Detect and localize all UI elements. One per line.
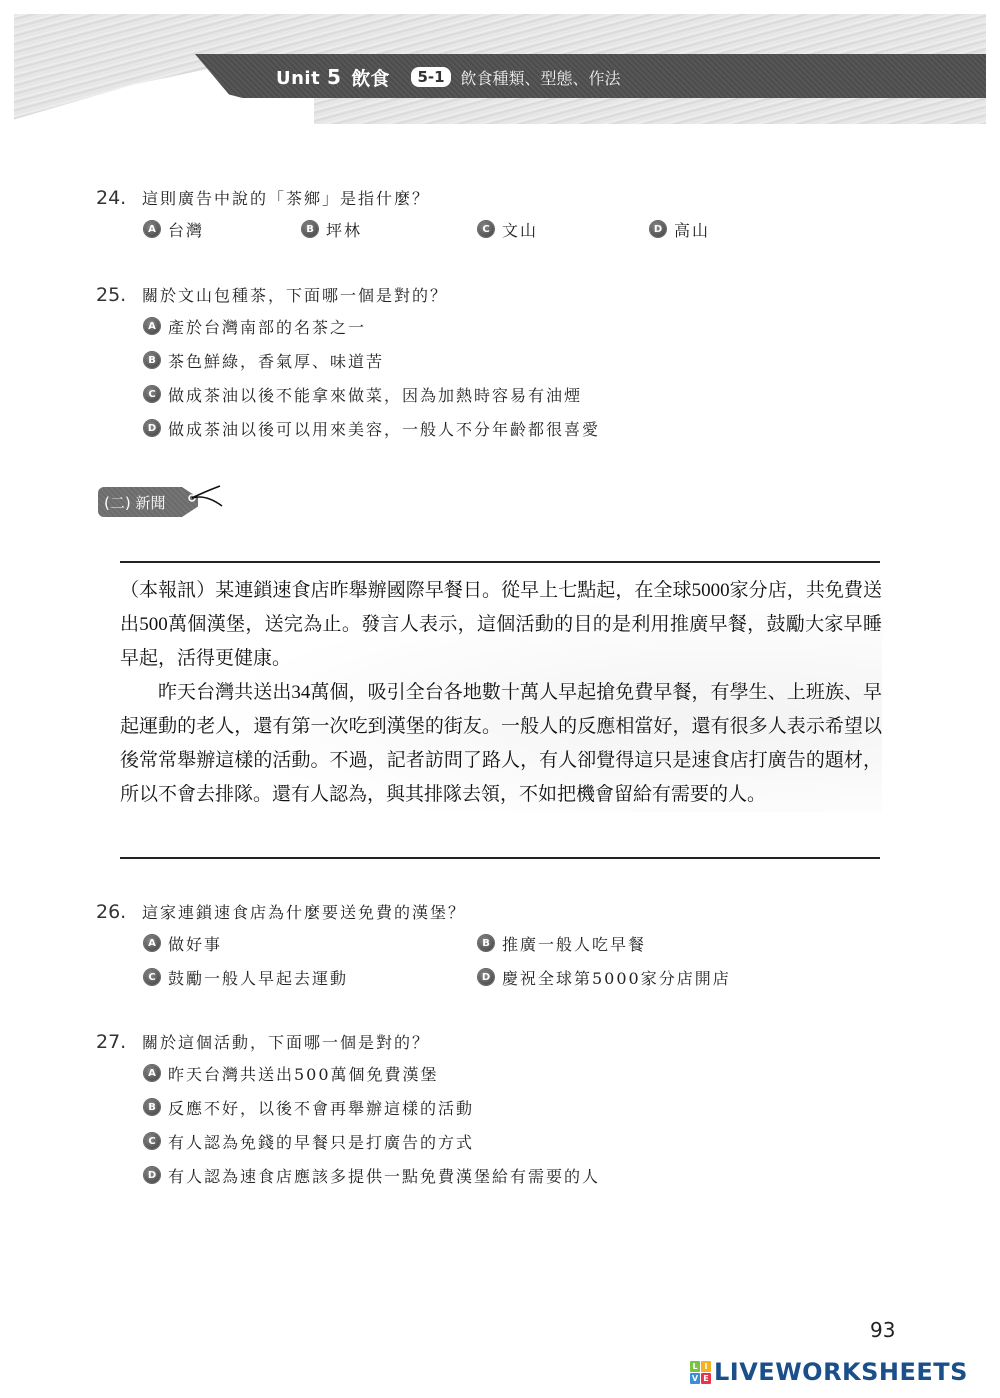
- page-number: 93: [870, 1318, 895, 1342]
- option-d[interactable]: D 做成茶油以後可以用來美容，一般人不分年齡都很喜愛: [144, 411, 600, 445]
- option-b[interactable]: B 坪林: [302, 212, 478, 246]
- option-letter-badge-icon: A: [144, 318, 160, 334]
- question-number: 27.: [96, 1031, 142, 1053]
- option-text: 有人認為速食店應該多提供一點免費漢堡給有需要的人: [168, 1164, 600, 1187]
- option-text: 坪林: [326, 218, 362, 241]
- option-d[interactable]: D 高山: [650, 212, 710, 246]
- option-text: 做成茶油以後不能拿來做菜，因為加熱時容易有油煙: [168, 383, 582, 406]
- live-blocks-icon: L I V E: [690, 1361, 711, 1384]
- option-c[interactable]: C 文山: [478, 212, 650, 246]
- option-letter-badge-icon: B: [302, 221, 318, 237]
- option-b[interactable]: B 反應不好，以後不會再舉辦這樣的活動: [144, 1090, 600, 1124]
- option-letter-badge-icon: D: [144, 1167, 160, 1183]
- option-letter-badge-icon: B: [144, 352, 160, 368]
- option-text: 反應不好，以後不會再舉辦這樣的活動: [168, 1096, 474, 1119]
- option-letter-badge-icon: A: [144, 1065, 160, 1081]
- tag-string-icon: [186, 484, 226, 510]
- option-letter-badge-icon: A: [144, 935, 160, 951]
- option-text: 昨天台灣共送出500萬個免費漢堡: [168, 1062, 439, 1085]
- question-number: 26.: [96, 901, 142, 923]
- option-letter-badge-icon: C: [478, 221, 494, 237]
- option-d[interactable]: D 有人認為速食店應該多提供一點免費漢堡給有需要的人: [144, 1158, 600, 1192]
- news-bottom-rule: [120, 857, 880, 859]
- option-b[interactable]: B 推廣一般人吃早餐: [478, 926, 812, 960]
- option-text: 慶祝全球第5000家分店開店: [502, 966, 731, 989]
- option-text: 台灣: [168, 218, 204, 241]
- page-header: Unit 5 飲食 5-1 飲食種類、型態、作法: [276, 60, 621, 94]
- option-text: 文山: [502, 218, 538, 241]
- section-tag-label: (二) 新聞: [104, 492, 165, 513]
- option-letter-badge-icon: C: [144, 969, 160, 985]
- liveworksheets-logo[interactable]: L I V E LIVEWORKSHEETS: [690, 1358, 968, 1386]
- option-c[interactable]: C 鼓勵一般人早起去運動: [144, 960, 478, 994]
- lesson-badge: 5-1: [411, 67, 450, 87]
- news-paragraph-2: 昨天台灣共送出34萬個，吸引全台各地數十萬人早起搶免費早餐，有學生、上班族、早起…: [120, 676, 882, 812]
- option-text: 高山: [674, 218, 710, 241]
- option-letter-badge-icon: C: [144, 1133, 160, 1149]
- question-text: 關於文山包種茶，下面哪一個是對的？: [142, 283, 448, 306]
- option-text: 鼓勵一般人早起去運動: [168, 966, 348, 989]
- option-letter-badge-icon: A: [144, 221, 160, 237]
- question-25: 25. 關於文山包種茶，下面哪一個是對的？ A 產於台灣南部的名茶之一 B 茶色…: [96, 283, 600, 445]
- logo-block-i: I: [701, 1361, 711, 1372]
- option-text: 產於台灣南部的名茶之一: [168, 315, 366, 338]
- question-text: 這家連鎖速食店為什麼要送免費的漢堡？: [142, 900, 466, 923]
- question-number: 24.: [96, 187, 142, 209]
- option-text: 茶色鮮綠，香氣厚、味道苦: [168, 349, 384, 372]
- question-text: 這則廣告中說的「茶鄉」是指什麼？: [142, 186, 430, 209]
- option-text: 有人認為免錢的早餐只是打廣告的方式: [168, 1130, 474, 1153]
- option-text: 做好事: [168, 932, 222, 955]
- question-24: 24. 這則廣告中說的「茶鄉」是指什麼？ A 台灣 B 坪林 C 文山 D 高山: [96, 186, 710, 246]
- option-letter-badge-icon: B: [144, 1099, 160, 1115]
- news-paragraph-1: （本報訊）某連鎖速食店昨舉辦國際早餐日。從早上七點起，在全球5000家分店，共免…: [120, 574, 882, 676]
- option-a[interactable]: A 台灣: [144, 212, 302, 246]
- option-letter-badge-icon: B: [478, 935, 494, 951]
- news-top-rule: [120, 561, 880, 563]
- option-letter-badge-icon: C: [144, 386, 160, 402]
- unit-label-text: Unit: [276, 68, 320, 89]
- news-article: （本報訊）某連鎖速食店昨舉辦國際早餐日。從早上七點起，在全球5000家分店，共免…: [120, 574, 882, 812]
- question-number: 25.: [96, 284, 142, 306]
- option-c[interactable]: C 有人認為免錢的早餐只是打廣告的方式: [144, 1124, 600, 1158]
- option-letter-badge-icon: D: [144, 420, 160, 436]
- logo-block-v: V: [690, 1373, 700, 1384]
- logo-block-e: E: [701, 1373, 711, 1384]
- option-a[interactable]: A 做好事: [144, 926, 478, 960]
- option-d[interactable]: D 慶祝全球第5000家分店開店: [478, 960, 812, 994]
- lesson-title: 飲食種類、型態、作法: [461, 66, 621, 89]
- option-letter-badge-icon: D: [478, 969, 494, 985]
- logo-block-l: L: [690, 1361, 700, 1372]
- section-tag-news: (二) 新聞: [98, 487, 198, 517]
- logo-text: LIVEWORKSHEETS: [714, 1358, 968, 1386]
- unit-number: 5: [327, 65, 341, 89]
- unit-label: Unit 5: [276, 65, 341, 89]
- unit-title: 飲食: [351, 64, 389, 91]
- option-c[interactable]: C 做成茶油以後不能拿來做菜，因為加熱時容易有油煙: [144, 377, 600, 411]
- option-a[interactable]: A 昨天台灣共送出500萬個免費漢堡: [144, 1056, 600, 1090]
- option-b[interactable]: B 茶色鮮綠，香氣厚、味道苦: [144, 343, 600, 377]
- option-text: 做成茶油以後可以用來美容，一般人不分年齡都很喜愛: [168, 417, 600, 440]
- question-27: 27. 關於這個活動，下面哪一個是對的？ A 昨天台灣共送出500萬個免費漢堡 …: [96, 1030, 600, 1192]
- question-26: 26. 這家連鎖速食店為什麼要送免費的漢堡？ A 做好事 B 推廣一般人吃早餐 …: [96, 900, 812, 994]
- question-text: 關於這個活動，下面哪一個是對的？: [142, 1030, 430, 1053]
- option-a[interactable]: A 產於台灣南部的名茶之一: [144, 309, 600, 343]
- option-letter-badge-icon: D: [650, 221, 666, 237]
- option-text: 推廣一般人吃早餐: [502, 932, 646, 955]
